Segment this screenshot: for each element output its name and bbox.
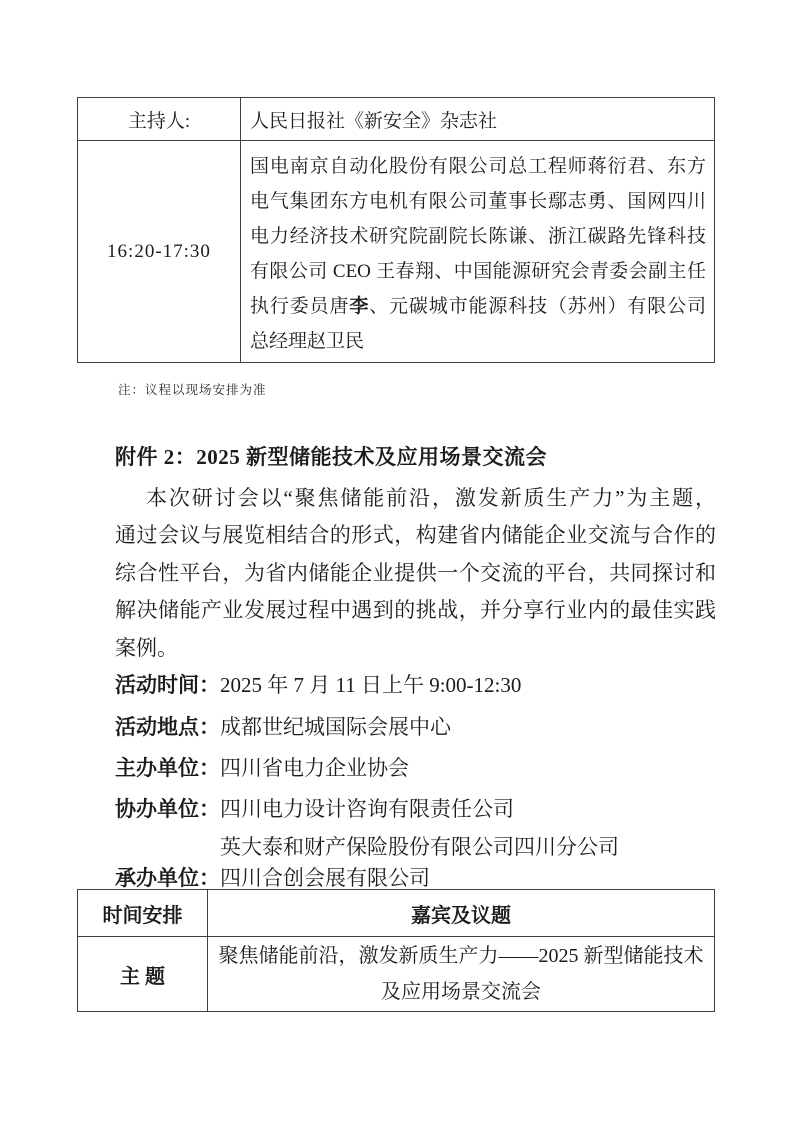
topic-line: 及应用场景交流会 bbox=[381, 974, 541, 1010]
info-row-event-time: 活动时间：2025 年 7 月 11 日上午 9:00-12:30 bbox=[115, 669, 725, 699]
paragraph-line: 综合性平台，为省内储能企业提供一个交流的平台，共同探讨和 bbox=[115, 555, 716, 592]
host-label-cell: 主持人: bbox=[78, 98, 241, 141]
info-row-undertaker: 承办单位：四川合创会展有限公司 bbox=[115, 862, 725, 892]
info-value: 英大泰和财产保险股份有限公司四川分公司 bbox=[220, 835, 619, 859]
host-label: 主持人: bbox=[128, 106, 190, 133]
session-header-time-cell: 时间安排 bbox=[78, 890, 208, 937]
guest-line: 电气集团东方电机有限公司董事长鄢志勇、国网四川 bbox=[250, 184, 706, 219]
info-label: 主办单位： bbox=[115, 756, 220, 780]
topic-label: 主 题 bbox=[120, 960, 165, 989]
agenda-note: 注：议程以现场安排为准 bbox=[118, 380, 267, 398]
info-row-organizer: 主办单位：四川省电力企业协会 bbox=[115, 752, 725, 782]
info-value: 四川省电力企业协会 bbox=[220, 756, 409, 780]
time-cell: 16:20-17:30 bbox=[78, 141, 241, 362]
guest-line: 国电南京自动化股份有限公司总工程师蒋衍君、东方 bbox=[250, 149, 706, 184]
guest-line: 电力经济技术研究院副院长陈谦、浙江碳路先锋科技 bbox=[250, 219, 706, 254]
info-label: 活动时间： bbox=[115, 673, 220, 697]
document-page: 主持人: 人民日报社《新安全》杂志社 16:20-17:30 国电南京自动化股份… bbox=[0, 0, 800, 1131]
intro-paragraph: 本次研讨会以“聚焦储能前沿，激发新质生产力”为主题， 通过会议与展览相结合的形式… bbox=[115, 480, 716, 667]
guest-line-suffix: 、元碳城市能源科技（苏州）有限公司 bbox=[369, 296, 706, 317]
schedule-table: 主持人: 人民日报社《新安全》杂志社 16:20-17:30 国电南京自动化股份… bbox=[77, 97, 715, 363]
topic-content-cell: 聚焦储能前沿，激发新质生产力——2025 新型储能技术 及应用场景交流会 bbox=[208, 937, 714, 1011]
time-range: 16:20-17:30 bbox=[107, 241, 211, 263]
session-header-topic: 嘉宾及议题 bbox=[411, 899, 511, 928]
info-row-co-organizer: 协办单位：四川电力设计咨询有限责任公司 bbox=[115, 793, 725, 823]
info-value: 成都世纪城国际会展中心 bbox=[220, 715, 451, 739]
topic-label-cell: 主 题 bbox=[78, 937, 208, 1011]
info-value: 四川电力设计咨询有限责任公司 bbox=[220, 797, 514, 821]
host-value-cell: 人民日报社《新安全》杂志社 bbox=[241, 98, 714, 141]
session-table: 时间安排 嘉宾及议题 主 题 聚焦储能前沿，激发新质生产力——2025 新型储能… bbox=[77, 889, 715, 1012]
guest-list-cell: 国电南京自动化股份有限公司总工程师蒋衍君、东方 电气集团东方电机有限公司董事长鄢… bbox=[241, 141, 714, 362]
paragraph-line: 通过会议与展览相结合的形式，构建省内储能企业交流与合作的 bbox=[115, 517, 716, 554]
info-row-event-place: 活动地点：成都世纪城国际会展中心 bbox=[115, 711, 725, 741]
attachment-title: 附件 2：2025 新型储能技术及应用场景交流会 bbox=[115, 441, 547, 471]
guest-line: 执行委员唐李、元碳城市能源科技（苏州）有限公司 bbox=[250, 289, 706, 324]
guest-line: 总经理赵卫民 bbox=[250, 324, 706, 359]
info-value: 2025 年 7 月 11 日上午 9:00-12:30 bbox=[220, 673, 521, 697]
paragraph-line: 解决储能产业发展过程中遇到的挑战，并分享行业内的最佳实践 bbox=[115, 592, 716, 629]
info-label: 活动地点： bbox=[115, 715, 220, 739]
info-label: 协办单位： bbox=[115, 797, 220, 821]
paragraph-line: 本次研讨会以“聚焦储能前沿，激发新质生产力”为主题， bbox=[115, 480, 716, 517]
info-label: 承办单位： bbox=[115, 866, 220, 890]
session-header-time: 时间安排 bbox=[103, 899, 183, 928]
host-value: 人民日报社《新安全》杂志社 bbox=[250, 106, 497, 133]
info-value: 四川合创会展有限公司 bbox=[220, 866, 430, 890]
session-header-topic-cell: 嘉宾及议题 bbox=[208, 890, 714, 937]
topic-line: 聚焦储能前沿，激发新质生产力——2025 新型储能技术 bbox=[219, 938, 704, 974]
guest-line: 有限公司 CEO 王春翔、中国能源研究会青委会副主任 bbox=[250, 254, 706, 289]
paragraph-line: 案例。 bbox=[115, 630, 716, 667]
info-row-co-organizer-2: 英大泰和财产保险股份有限公司四川分公司 bbox=[115, 831, 725, 861]
guest-line-prefix: 执行委员唐 bbox=[250, 296, 349, 317]
guest-name-bold: 李 bbox=[349, 296, 369, 317]
